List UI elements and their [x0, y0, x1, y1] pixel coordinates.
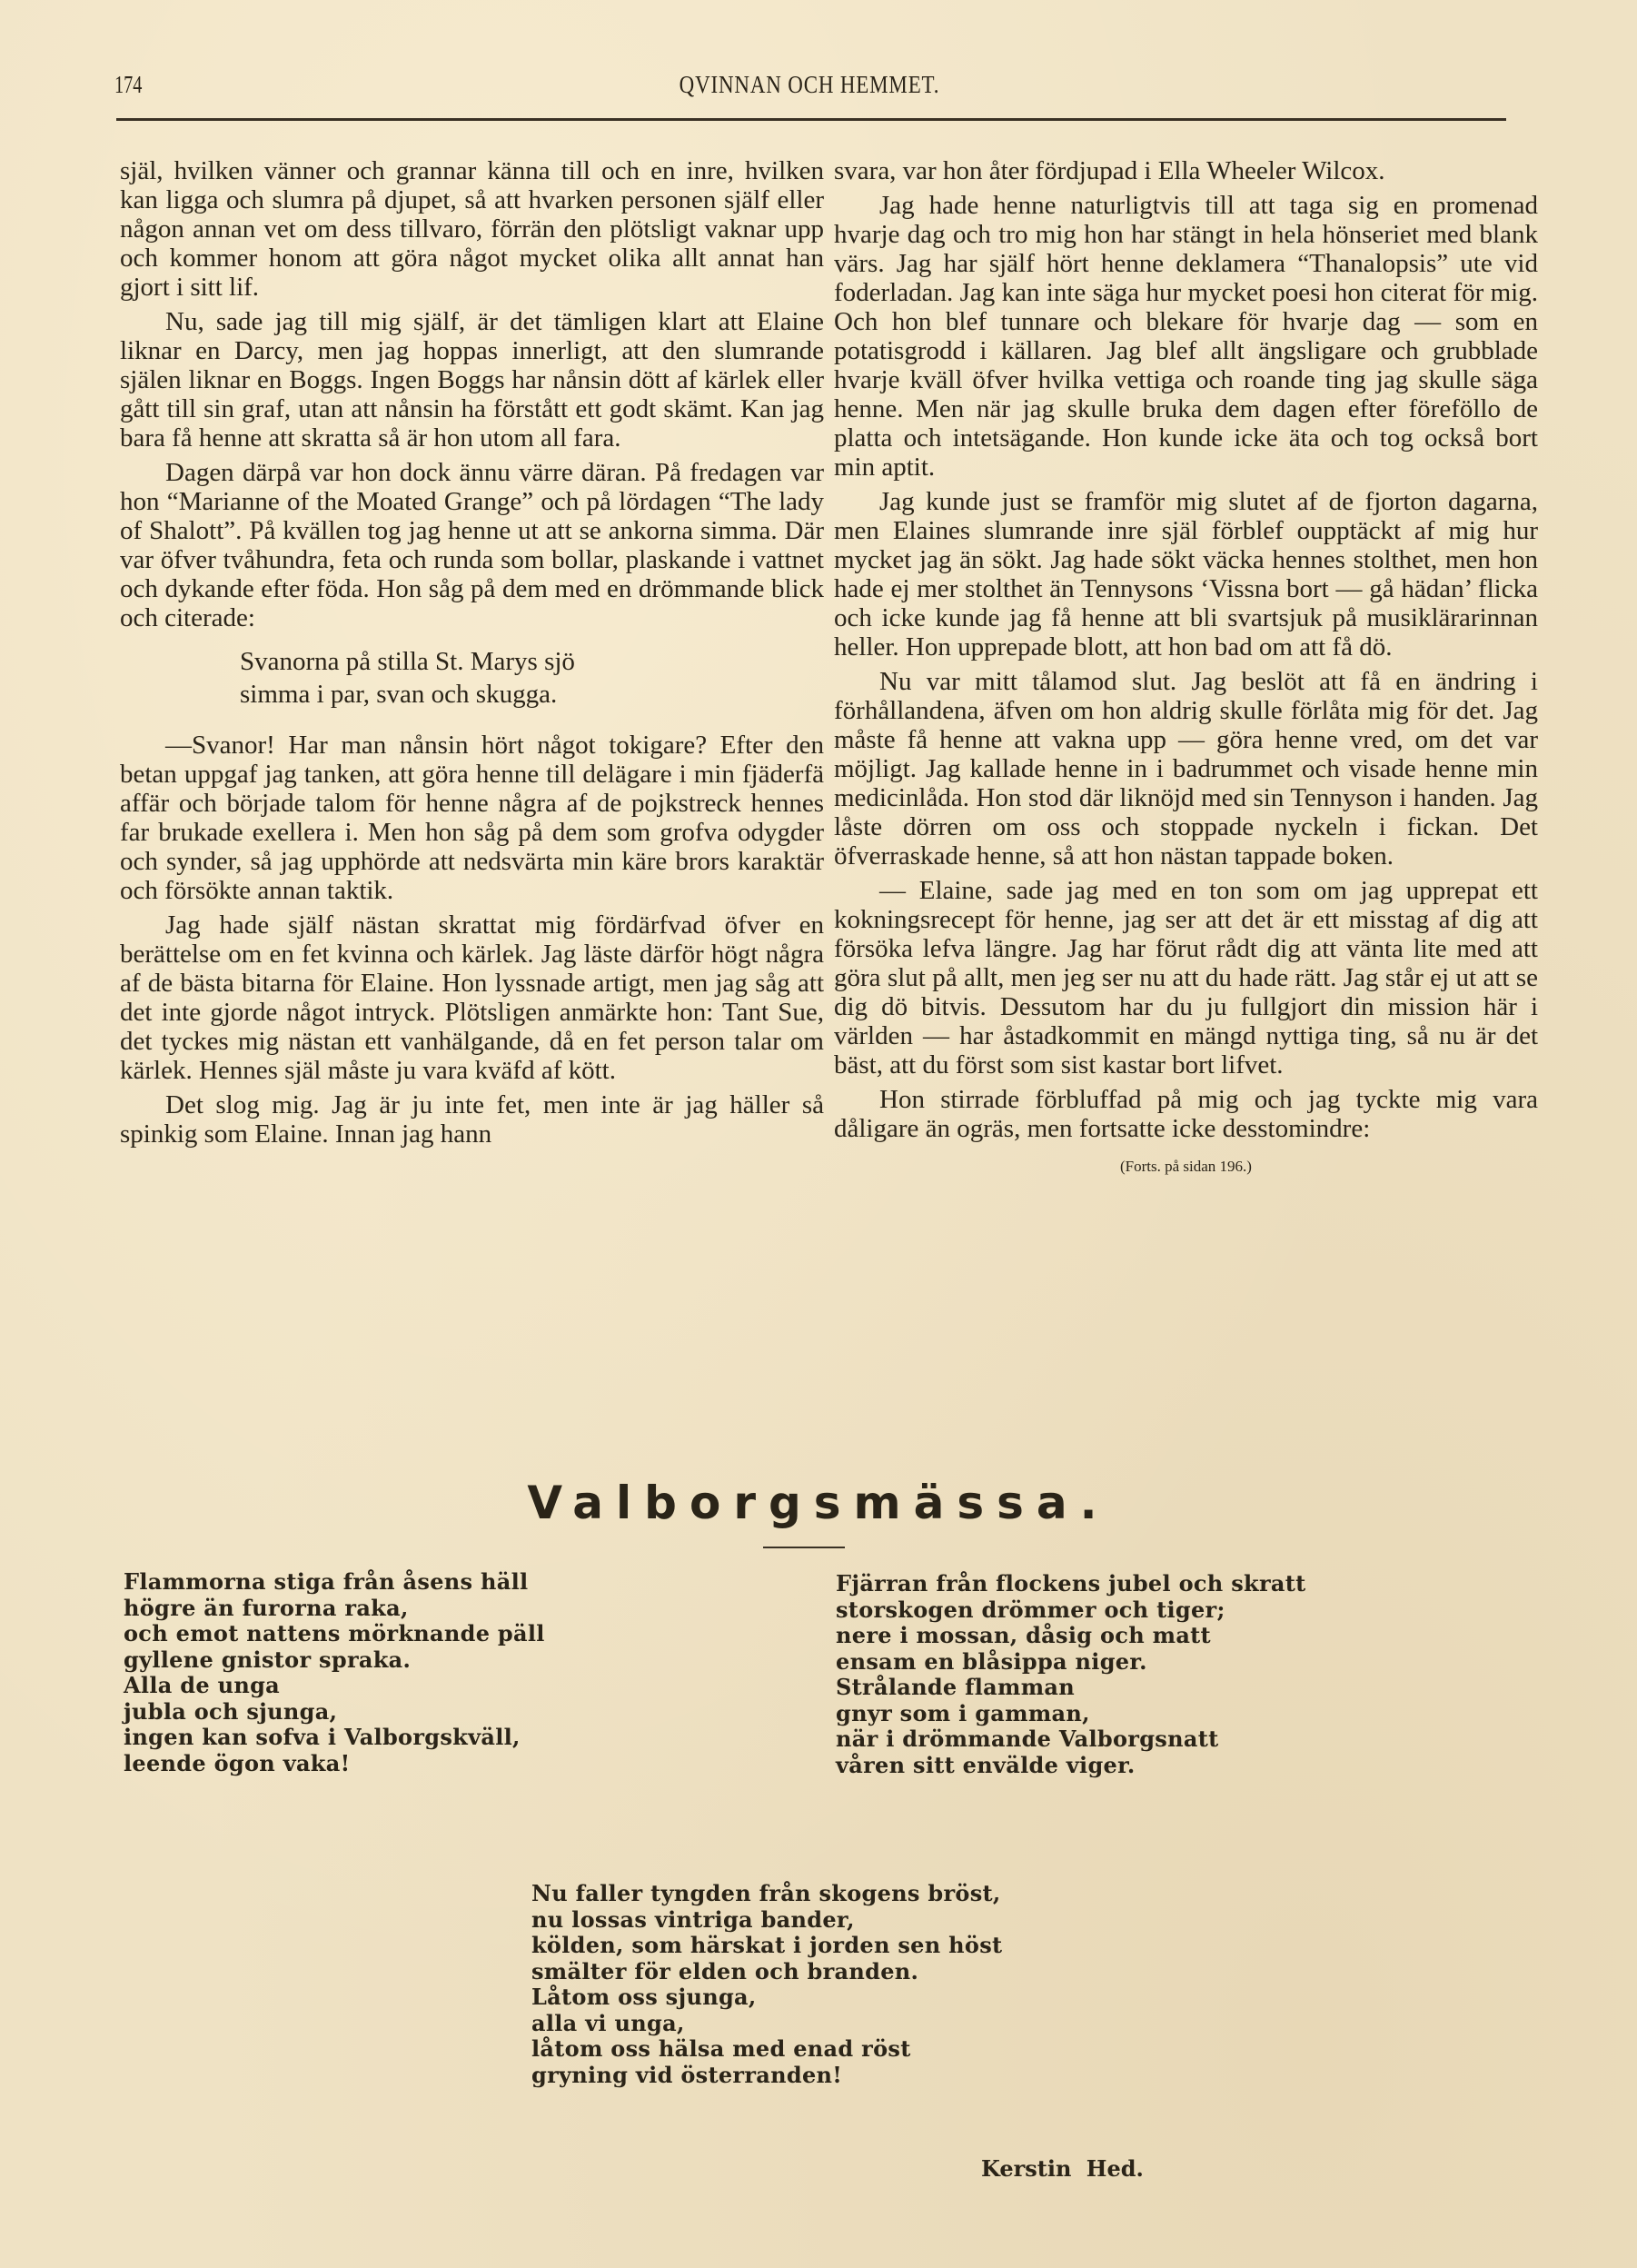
poem-title: Valborgsmässa.	[0, 1477, 1637, 1529]
page-number: 174	[114, 71, 142, 99]
poem-line: leende ögon vaka!	[124, 1751, 545, 1777]
poem-line: Nu faller tyngden från skogens bröst,	[531, 1881, 1002, 1907]
poem-line: Låtom oss sjunga,	[531, 1984, 1002, 2011]
poem-line: ensam en blåsippa niger.	[836, 1649, 1306, 1676]
journal-title: QVINNAN OCH HEMMET.	[219, 71, 1401, 99]
poem-line: Flammorna stiga från åsens häll	[124, 1569, 545, 1596]
paragraph: —Svanor! Har man nånsin hört något tokig…	[120, 731, 824, 905]
poem-stanza-2: Fjärran från flockens jubel och skrattst…	[836, 1571, 1306, 1778]
poem-line: gyllene gnistor spraka.	[124, 1647, 545, 1674]
paragraph: Hon stirrade förbluffad på mig och jag t…	[834, 1085, 1538, 1143]
poem-line: när i drömmande Valborgsnatt	[836, 1726, 1306, 1753]
paragraph: Jag hade henne naturligtvis till att tag…	[834, 191, 1538, 482]
poem-line: och emot nattens mörknande päll	[124, 1621, 545, 1647]
continuation-note: (Forts. på sidan 196.)	[834, 1152, 1538, 1181]
poem-line: låtom oss hälsa med enad röst	[531, 2036, 1002, 2063]
poem-line: våren sitt envälde viger.	[836, 1753, 1306, 1779]
header-rule	[116, 118, 1506, 121]
poem-line: ingen kan sofva i Valborgskväll,	[124, 1725, 545, 1751]
paragraph: Det slog mig. Jag är ju inte fet, men in…	[120, 1090, 824, 1149]
poem-line: kölden, som härskat i jorden sen höst	[531, 1933, 1002, 1959]
poem-line: högre än furorna raka,	[124, 1596, 545, 1622]
paragraph: — Elaine, sade jag med en ton som om jag…	[834, 876, 1538, 1079]
poem-line: alla vi unga,	[531, 2011, 1002, 2037]
paragraph: Jag hade själf nästan skrattat mig fördä…	[120, 910, 824, 1085]
left-paragraphs: själ, hvilken vänner och grannar känna t…	[120, 156, 824, 632]
poem-line: jubla och sjunga,	[124, 1699, 545, 1726]
poem-line: storskogen drömmer och tiger;	[836, 1597, 1306, 1624]
poem-line: gnyr som i gamman,	[836, 1701, 1306, 1727]
quote-line: simma i par, svan och skugga.	[240, 678, 824, 711]
paragraph: Dagen därpå var hon dock ännu värre dära…	[120, 458, 824, 632]
poem-author: Kerstin Hed.	[981, 2155, 1144, 2182]
paragraph: svara, var hon åter fördjupad i Ella Whe…	[834, 156, 1538, 185]
article-right-column: svara, var hon åter fördjupad i Ella Whe…	[834, 156, 1538, 1181]
poem-line: nere i mossan, dåsig och matt	[836, 1623, 1306, 1649]
poem-line: Fjärran från flockens jubel och skratt	[836, 1571, 1306, 1597]
running-head: 174 QVINNAN OCH HEMMET.	[114, 71, 1504, 107]
paragraph: Jag kunde just se framför mig slutet af …	[834, 487, 1538, 661]
poem-stanza-3: Nu faller tyngden från skogens bröst,nu …	[531, 1881, 1002, 2088]
poem-line: nu lossas vintriga bander,	[531, 1907, 1002, 1934]
poem-line: Alla de unga	[124, 1673, 545, 1699]
poem-line: gryning vid österranden!	[531, 2063, 1002, 2089]
quote-line: Svanorna på stilla St. Marys sjö	[240, 645, 824, 678]
poem-line: Strålande flamman	[836, 1675, 1306, 1701]
paragraph: själ, hvilken vänner och grannar känna t…	[120, 156, 824, 302]
paragraph: Nu var mitt tålamod slut. Jag beslöt att…	[834, 667, 1538, 870]
quoted-verse: Svanorna på stilla St. Marys sjö simma i…	[120, 645, 824, 711]
left-paragraphs-continued: —Svanor! Har man nånsin hört något tokig…	[120, 731, 824, 1149]
title-rule	[763, 1547, 845, 1548]
article-left-column: själ, hvilken vänner och grannar känna t…	[120, 156, 824, 1154]
poem-line: smälter för elden och branden.	[531, 1959, 1002, 1985]
paragraph: Nu, sade jag till mig själf, är det täml…	[120, 307, 824, 453]
right-paragraphs: svara, var hon åter fördjupad i Ella Whe…	[834, 156, 1538, 1143]
poem-stanza-1: Flammorna stiga från åsens hällhögre än …	[124, 1569, 545, 1776]
magazine-page: 174 QVINNAN OCH HEMMET. själ, hvilken vä…	[0, 0, 1637, 2268]
